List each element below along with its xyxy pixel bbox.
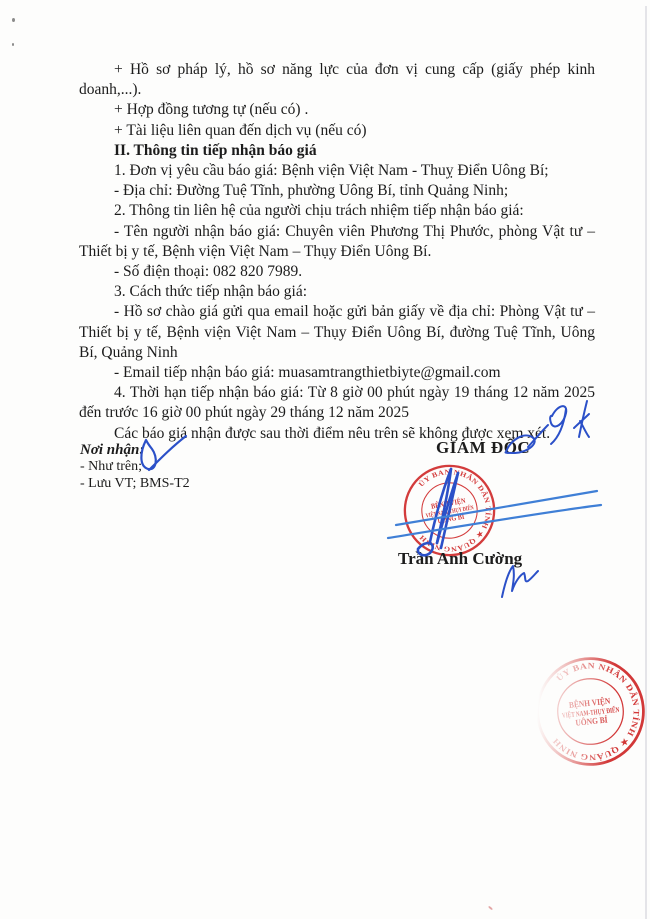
seal-ring-text: ỦY BAN NHÂN DÂN TỈNH ★ QUẢNG NINH	[543, 656, 646, 767]
signer-name: Trần Anh Cường	[398, 549, 522, 569]
svg-text:ỦY BAN NHÂN DÂN TỈNH ★ QUẢNG N: ỦY BAN NHÂN DÂN TỈNH ★ QUẢNG NINH	[543, 656, 646, 767]
director-signature	[418, 469, 458, 555]
seal-center-line1: BỆNH VIỆN	[430, 496, 467, 511]
paragraph-deadline: 4. Thời hạn tiếp nhận báo giá: Từ 8 giờ …	[79, 383, 595, 423]
seal-center-line1: BỆNH VIỆN	[568, 696, 611, 710]
scan-speck	[12, 43, 14, 46]
signer-title: GIÁM ĐỐC	[436, 438, 530, 458]
seal-center-line2: VIỆT NAM-THỤY ĐIỂN	[561, 704, 620, 720]
paragraph-email: - Email tiếp nhận báo giá: muasamtrangth…	[79, 363, 595, 383]
paragraph-requester: 1. Đơn vị yêu cầu báo giá: Bệnh viện Việ…	[79, 161, 595, 181]
paragraph-submission: - Hồ sơ chào giá gửi qua email hoặc gửi …	[79, 302, 595, 363]
recipients-label: Nơi nhận:	[80, 442, 190, 459]
scan-speck	[488, 906, 493, 911]
recipient-item: - Lưu VT; BMS-T2	[80, 476, 190, 493]
seal-ring-text: ỦY BAN NHÂN DÂN TỈNH ★ QUẢNG NINH	[406, 461, 498, 558]
ink-flourish	[502, 566, 538, 597]
pen-lines	[388, 491, 601, 538]
scanned-document-page: + Hồ sơ pháp lý, hồ sơ năng lực của đơn …	[0, 0, 650, 919]
paragraph-method: 3. Cách thức tiếp nhận báo giá:	[79, 282, 595, 302]
recipient-item: - Như trên;	[80, 459, 190, 476]
recipients-block: Nơi nhận: - Như trên; - Lưu VT; BMS-T2	[80, 442, 190, 492]
document-body: + Hồ sơ pháp lý, hồ sơ năng lực của đơn …	[79, 60, 595, 444]
seal-center-line3: UÔNG BÍ	[575, 714, 609, 727]
page-edge-shadow	[645, 6, 647, 919]
paragraph-phone: - Số điện thoại: 082 820 7989.	[79, 262, 595, 282]
svg-text:ỦY BAN NHÂN DÂN TỈNH ★ QUẢNG N: ỦY BAN NHÂN DÂN TỈNH ★ QUẢNG NINH	[406, 461, 498, 558]
paragraph-legal-docs: + Hồ sơ pháp lý, hồ sơ năng lực của đơn …	[79, 60, 595, 100]
section-heading: II. Thông tin tiếp nhận báo giá	[79, 141, 595, 161]
paragraph-contact-info: 2. Thông tin liên hệ của người chịu trác…	[79, 201, 595, 221]
seal-center-line2: VIỆT NAM-THỤY ĐIỂN	[425, 503, 475, 519]
scan-speck	[12, 18, 15, 22]
paragraph-contact-name: - Tên người nhận báo giá: Chuyên viên Ph…	[79, 222, 595, 262]
official-seal-corner: ỦY BAN NHÂN DÂN TỈNH ★ QUẢNG NINH BỆNH V…	[527, 648, 650, 774]
paragraph-address: - Địa chỉ: Đường Tuệ Tĩnh, phường Uông B…	[79, 181, 595, 201]
seal-center-line3: UÔNG BÍ	[437, 511, 466, 526]
paragraph-contracts: + Hợp đồng tương tự (nếu có) .	[79, 100, 595, 120]
paragraph-related-docs: + Tài liệu liên quan đến dịch vụ (nếu có…	[79, 121, 595, 141]
